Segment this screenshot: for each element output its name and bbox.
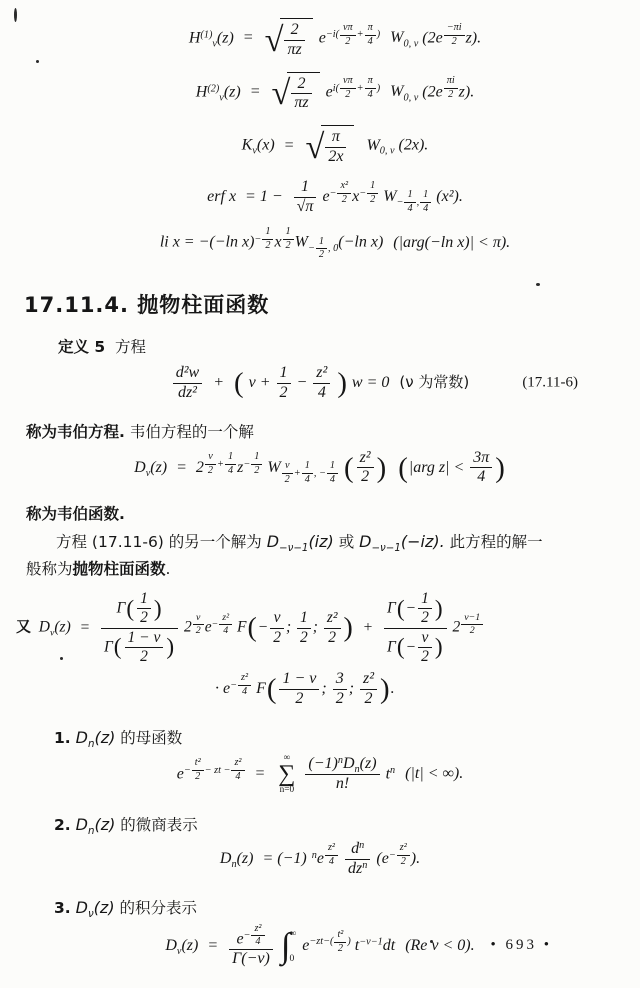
- fraction: z²4: [313, 365, 330, 402]
- math-sup: (1): [200, 29, 212, 40]
- formula-hankel-h2: H(2)ν(z) = √2πz ei(νπ2+π4) W0, ν (2eπi2z…: [30, 66, 640, 120]
- math-sub: ν2+14, −14: [281, 468, 339, 479]
- math-sub: −ν−1: [371, 542, 400, 554]
- weber-equation: d²wdz² + ( ν + 12 − z²4 ) w = 0 (ν 为常数) …: [0, 357, 640, 410]
- scan-artifact: [536, 283, 540, 286]
- math-symbol: D: [76, 898, 88, 917]
- math-exponent: −πi2: [443, 29, 466, 40]
- math-symbol: W: [366, 137, 379, 154]
- math-symbol: (z): [94, 815, 115, 834]
- paragraph-text: 方程 (17.11-6) 的另一个解为: [56, 533, 267, 551]
- math-symbol: D: [165, 937, 177, 954]
- page-number: • 693 •: [490, 937, 552, 954]
- math-symbol: (z): [181, 937, 198, 954]
- equals-sign: = (−1): [262, 850, 306, 867]
- scanned-book-page: H(1)ν(z) = √2πz e−i(νπ2+π4) W0, ν (2e−πi…: [0, 0, 640, 988]
- section-heading: 17.11.4. 抛物柱面函数: [0, 267, 640, 319]
- math-symbol: ).: [411, 850, 420, 867]
- bold-term: 称为韦伯函数.: [26, 505, 125, 523]
- item-number: 1.: [54, 729, 71, 747]
- definition-line: 定义 5 方程: [0, 319, 640, 357]
- big-paren: ): [336, 367, 348, 399]
- big-paren: (: [266, 673, 278, 705]
- item-title: 的母函数: [115, 729, 182, 747]
- math-exponent: −12: [254, 234, 274, 245]
- big-paren: (: [246, 612, 257, 643]
- math-condition: (|t| < ∞).: [405, 765, 463, 782]
- math-symbol: (z): [54, 619, 70, 636]
- bold-term: 抛物柱面函数: [73, 560, 166, 578]
- math-sub: 0, ν: [403, 39, 418, 50]
- radical: √π2x: [305, 125, 354, 167]
- math-dot: ·: [215, 680, 219, 697]
- chinese-you: 又: [16, 618, 31, 636]
- math-exponent: πi2: [443, 83, 459, 94]
- math-symbol: e: [319, 29, 326, 46]
- math-exponent: z²4: [324, 850, 339, 861]
- equals-sign: =: [284, 137, 295, 154]
- equals-sign: =: [176, 459, 187, 476]
- math-symbol: (e: [376, 850, 388, 867]
- paragraph-text: 此方程的解一: [445, 533, 543, 551]
- fraction: 1√π: [294, 179, 317, 216]
- big-paren: ): [376, 452, 388, 484]
- fraction: (−1)nDn(z)n!: [305, 756, 379, 793]
- paragraph-text: 或: [334, 533, 359, 551]
- formula-li: li x = −(−ln x)−12x12W−12, 0(−ln x) (|ar…: [30, 221, 640, 267]
- plus-sign: +: [213, 374, 224, 391]
- math-exponent: −z²4: [212, 619, 234, 630]
- fraction: z²2: [360, 671, 377, 708]
- math-symbol: e: [322, 188, 329, 205]
- scan-artifact: [60, 657, 63, 660]
- math-symbol: W: [295, 234, 308, 251]
- plus-sign: +: [363, 619, 373, 636]
- paragraph-text: 韦伯方程的一个解: [125, 423, 254, 441]
- definition-label: 定义 5: [58, 338, 105, 356]
- math-sub: −12, 0: [308, 243, 338, 254]
- fraction: 12: [277, 365, 291, 402]
- math-condition: (|arg(−ln x)| < π).: [393, 234, 510, 251]
- math-symbol: ;: [313, 619, 318, 636]
- math-exponent: 12: [282, 234, 295, 245]
- math-symbol: w = 0: [352, 374, 389, 391]
- fraction: e−z²4Γ(−ν): [229, 924, 273, 968]
- math-symbol: z).: [459, 83, 475, 100]
- formula-derivative-representation: Dn(z) = (−1)nez²4 dndzn (e−z²2).: [0, 835, 640, 884]
- math-symbol: e: [326, 83, 333, 100]
- paragraph-text: 般称为: [26, 560, 73, 578]
- math-exponent: −12: [359, 188, 379, 199]
- summation: ∞∑n=0: [278, 754, 295, 795]
- fraction: ν2: [270, 610, 284, 646]
- math-den: πz: [284, 40, 304, 59]
- math-symbol: D: [220, 850, 232, 867]
- formula-bessel-k: Kν(x) = √π2x W0, ν (2x).: [30, 119, 640, 173]
- item-number: 3.: [54, 899, 71, 917]
- math-symbol: (iz): [308, 532, 333, 551]
- math-symbol: e: [205, 619, 212, 636]
- math-symbol: 2: [196, 459, 204, 476]
- fraction: dndzn: [345, 841, 370, 878]
- equals-sign: = 1 −: [245, 188, 283, 205]
- equals-sign: =: [243, 29, 254, 46]
- big-paren: ): [379, 673, 391, 705]
- math-symbol: (x): [257, 137, 275, 154]
- math-symbol: H: [189, 29, 201, 46]
- fraction: d²wdz²: [173, 365, 202, 402]
- equals-sign: =: [80, 619, 90, 636]
- math-sup: n: [390, 765, 395, 776]
- big-paren: (: [233, 367, 245, 399]
- math-exponent: ν2+14: [204, 459, 237, 470]
- math-exponent: −12: [243, 459, 263, 470]
- formula-hankel-h1: H(1)ν(z) = √2πz e−i(νπ2+π4) W0, ν (2e−πi…: [30, 12, 640, 66]
- math-symbol: ;: [321, 680, 326, 697]
- math-symbol: (z): [237, 850, 254, 867]
- math-symbol: (z): [94, 898, 115, 917]
- math-exponent: i(νπ2+π4): [333, 83, 380, 94]
- math-symbol: li x = −(−ln x): [160, 234, 255, 251]
- math-exponent: ν−12: [460, 619, 484, 630]
- math-symbol: K: [242, 137, 253, 154]
- math-symbol: (−ln x): [338, 234, 383, 251]
- item-2-heading: 2. Dn(z) 的微商表示: [0, 801, 640, 835]
- math-symbol: (2e: [422, 83, 442, 100]
- math-symbol: (−iz).: [401, 532, 445, 551]
- math-symbol: ;: [286, 619, 291, 636]
- math-symbol: W: [267, 459, 280, 476]
- math-symbol: e: [177, 765, 184, 782]
- fraction: 12: [297, 610, 311, 646]
- equation-tag: (17.11-6): [522, 375, 578, 392]
- fraction: z²2: [357, 450, 374, 487]
- item-3-heading: 3. Dν(z) 的积分表示: [0, 884, 640, 918]
- bold-term: 称为韦伯方程.: [26, 423, 125, 441]
- radical: √2πz: [265, 18, 313, 60]
- math-symbol: .: [391, 680, 395, 697]
- math-symbol: W: [390, 83, 403, 100]
- paragraph-text: .: [166, 560, 171, 578]
- math-symbol: (x²).: [436, 188, 463, 205]
- math-sup: −ν−1: [359, 936, 382, 947]
- big-paren: ): [343, 612, 354, 643]
- paragraph-weber-function: 称为韦伯函数.: [0, 492, 640, 526]
- fraction: Γ(−12) Γ(−ν2): [384, 591, 447, 665]
- big-paren: (: [397, 452, 409, 484]
- equals-sign: =: [255, 765, 266, 782]
- math-symbol: D: [39, 619, 50, 636]
- math-condition: (ν 为常数): [399, 373, 469, 391]
- math-symbol: dt: [383, 937, 395, 954]
- radical: √2πz: [272, 72, 320, 114]
- math-sub: 0, ν: [380, 146, 395, 157]
- minus-sign: −: [297, 374, 308, 391]
- math-sub: −14,14: [397, 197, 433, 208]
- math-exponent: −t²2− zt −z²4: [184, 765, 246, 776]
- scan-artifact: [36, 60, 39, 63]
- radicand: 2πz: [280, 18, 312, 60]
- item-1-heading: 1. Dn(z) 的母函数: [0, 714, 640, 748]
- item-number: 2.: [54, 816, 71, 834]
- equals-sign: =: [207, 937, 218, 954]
- radicand: π2x: [321, 125, 354, 167]
- math-symbol: D: [76, 728, 88, 747]
- math-condition: |arg z| <: [409, 459, 464, 476]
- fraction: Γ(12) Γ(1 − ν2): [101, 591, 178, 665]
- paragraph-weber-equation: 称为韦伯方程. 韦伯方程的一个解: [0, 410, 640, 444]
- formula-generating-function: e−t²2− zt −z²4 = ∞∑n=0 (−1)nDn(z)n! tn (…: [0, 748, 640, 801]
- big-paren: ): [494, 452, 506, 484]
- item-title: 的微商表示: [115, 816, 197, 834]
- paragraph-other-solution-2: 般称为抛物柱面函数.: [0, 555, 640, 581]
- math-symbol: (2e: [422, 29, 442, 46]
- fraction: 1 − ν2: [279, 671, 319, 708]
- math-symbol: e: [317, 850, 324, 867]
- math-sub: −ν−1: [279, 542, 308, 554]
- minus-sign: −: [258, 619, 268, 636]
- math-exponent: −zt−(t²2): [309, 936, 350, 947]
- formula-weber-function: Dν(z) = 2ν2+14z−12 Wν2+14, −14 (z²2) (|a…: [0, 444, 640, 493]
- math-symbol: W: [383, 188, 396, 205]
- math-symbol: (z): [150, 459, 167, 476]
- math-symbol: (2x).: [399, 137, 429, 154]
- math-exponent: −i(νπ2+π4): [326, 29, 380, 40]
- fraction: 32: [333, 671, 347, 708]
- math-symbol: ;: [349, 680, 354, 697]
- math-exponent: ν2: [192, 619, 205, 630]
- item-title: 的积分表示: [115, 899, 197, 917]
- math-symbol: D: [267, 532, 279, 551]
- radicand: 2πz: [287, 72, 319, 114]
- math-symbol: D: [359, 532, 371, 551]
- formula-d-hypergeometric-cont: · e−z²4 F(1 − ν2; 32; z²2).: [0, 665, 640, 714]
- math-symbol: z).: [466, 29, 482, 46]
- math-symbol: (z): [217, 29, 234, 46]
- math-symbol: D: [76, 815, 88, 834]
- math-symbol: (z): [224, 83, 241, 100]
- math-sup: (2): [207, 83, 219, 94]
- scan-artifact: [14, 8, 17, 22]
- math-exponent: −z²2: [389, 850, 411, 861]
- paragraph-other-solution: 方程 (17.11-6) 的另一个解为 D−ν−1(iz) 或 D−ν−1(−i…: [0, 526, 640, 555]
- fraction: 3π4: [470, 450, 492, 487]
- formula-d-hypergeometric: 又 Dν(z) = Γ(12) Γ(1 − ν2) 2ν2e−z²4 F(−ν2…: [0, 581, 640, 665]
- whittaker-formula-block: H(1)ν(z) = √2πz e−i(νπ2+π4) W0, ν (2e−πi…: [0, 0, 640, 267]
- math-symbol: erf x: [207, 188, 236, 205]
- definition-text: 方程: [115, 338, 146, 356]
- math-symbol: F: [256, 680, 266, 697]
- scan-artifact: [430, 940, 433, 943]
- math-symbol: x: [274, 234, 281, 251]
- math-symbol: 2: [184, 619, 192, 636]
- math-num: 2: [284, 22, 304, 40]
- math-symbol: H: [196, 83, 208, 100]
- equals-sign: =: [250, 83, 261, 100]
- math-symbol: ν +: [249, 374, 271, 391]
- math-symbol: D: [134, 459, 146, 476]
- math-symbol: W: [390, 29, 403, 46]
- formula-erf: erf x = 1 − 1√π e−x²2x−12 W−14,14 (x²).: [30, 173, 640, 222]
- fraction: z²2: [324, 610, 341, 646]
- math-exponent: −x²2: [330, 188, 353, 199]
- integral: ∫∞0: [281, 928, 296, 964]
- math-sub: 0, ν: [403, 92, 418, 103]
- math-exponent: −z²4: [230, 680, 252, 691]
- big-paren: (: [343, 452, 355, 484]
- math-symbol: (z): [94, 728, 115, 747]
- math-condition: (Re ν < 0).: [405, 937, 474, 954]
